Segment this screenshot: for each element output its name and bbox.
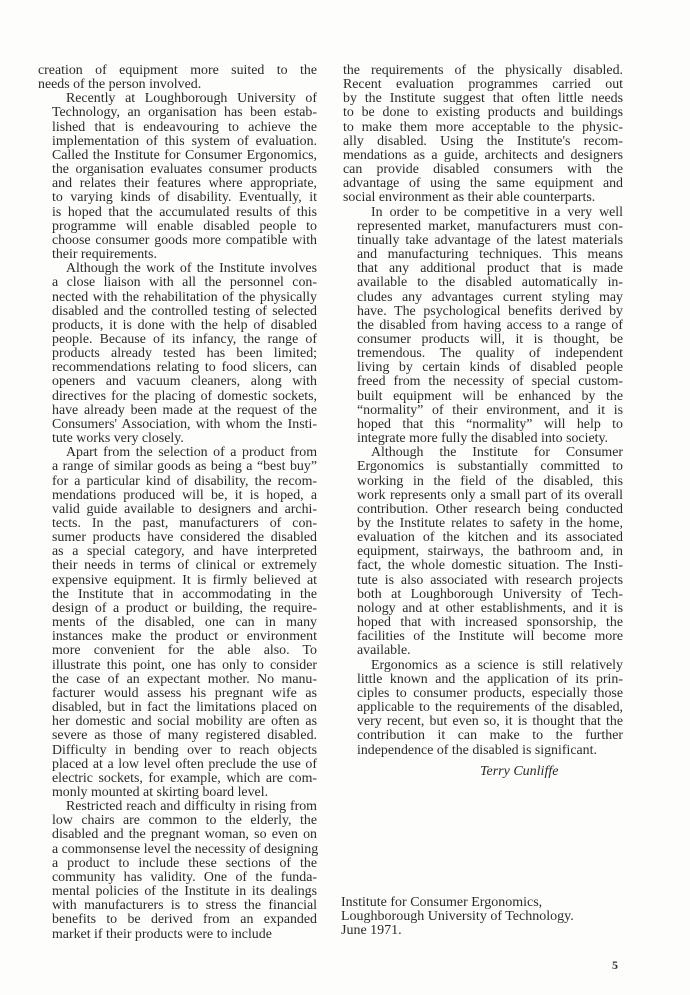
text-line: implementation of this system of evaluat…	[38, 135, 317, 149]
document-page: creation of equipment more suited to the…	[0, 0, 690, 995]
text-line: needs of the person involved.	[38, 78, 317, 92]
text-line: nology and at other establishments, and …	[343, 602, 623, 616]
text-line: tute is also associated with research pr…	[343, 574, 623, 588]
text-line: little known and the application of its …	[343, 673, 623, 687]
text-line: with manufacturers is to stress the fina…	[38, 899, 317, 913]
text-line: disabled and the controlled testing of s…	[38, 305, 317, 319]
text-line: instances make the product or environmen…	[38, 630, 317, 644]
text-line: by the Institute relates to safety in th…	[343, 517, 623, 531]
text-line: Although the work of the Institute invol…	[38, 262, 317, 276]
text-line: the case of an expectant mother. No manu…	[38, 673, 317, 687]
text-line: applicable to the requirements of the di…	[343, 701, 623, 715]
text-line: facturer would assess his pregnant wife …	[38, 687, 317, 701]
text-line: the requirements of the physically disab…	[343, 64, 623, 78]
text-line: the Institute that in accommodating in t…	[38, 588, 317, 602]
text-line: Recent evaluation programmes carried out	[343, 78, 623, 92]
text-line: have. The psychological benefits derived…	[343, 305, 623, 319]
text-line: lished that is endeavouring to achieve t…	[38, 121, 317, 135]
text-line: mental policies of the Institute in its …	[38, 885, 317, 899]
text-line: consumer products will, it is thought, b…	[343, 333, 623, 347]
paragraph: Apart from the selection of a product fr…	[38, 446, 317, 800]
text-line: to varying kinds of disability. Eventual…	[38, 191, 317, 205]
paragraph: Restricted reach and difficulty in risin…	[38, 800, 317, 942]
address-block: Institute for Consumer Ergonomics, Lough…	[341, 896, 574, 939]
text-line: placed at a low level often preclude the…	[38, 758, 317, 772]
text-line: both at Loughborough University of Tech-	[343, 588, 623, 602]
text-line: to make them more acceptable to the phys…	[343, 121, 623, 135]
text-line: people. Because of its infancy, the rang…	[38, 333, 317, 347]
text-line: design of a product or building, the req…	[38, 602, 317, 616]
text-line: evaluation of the kitchen and its associ…	[343, 531, 623, 545]
text-line: the organisation evaluates consumer prod…	[38, 163, 317, 177]
text-line: directives for the placing of domestic s…	[38, 390, 317, 404]
text-line: disabled and the pregnant woman, so even…	[38, 828, 317, 842]
text-line: Difficulty in bending over to reach obje…	[38, 744, 317, 758]
paragraph: creation of equipment more suited to the…	[38, 64, 317, 92]
text-line: the disabled from having access to a ran…	[343, 319, 623, 333]
text-line: mendations produced will be, it is hoped…	[38, 489, 317, 503]
text-line: Apart from the selection of a product fr…	[38, 446, 317, 460]
page-number: 5	[612, 958, 618, 973]
text-line: expensive equipment. It is firmly believ…	[38, 574, 317, 588]
text-line: social environment as their able counter…	[343, 191, 623, 205]
text-line: “normality” of their environment, and it…	[343, 404, 623, 418]
text-line: built equipment will be enhanced by the	[343, 390, 623, 404]
text-line: integrate more fully the disabled into s…	[343, 432, 623, 446]
text-line: have already been made at the request of…	[38, 404, 317, 418]
text-line: work represents only a small part of its…	[343, 489, 623, 503]
text-line: tects. In the past, manufacturers of con…	[38, 517, 317, 531]
text-line: ments of the disabled, one can in many	[38, 616, 317, 630]
text-line: low chairs are common to the elderly, th…	[38, 814, 317, 828]
text-line: severe as those of many registered disab…	[38, 729, 317, 743]
text-line: to be done to existing products and buil…	[343, 106, 623, 120]
text-line: tinually take advantage of the latest ma…	[343, 234, 623, 248]
text-line: hoped that this “normality” will help to	[343, 418, 623, 432]
text-line: fact, the whole domestic situation. The …	[343, 559, 623, 573]
text-line: contribution it can make to the further	[343, 729, 623, 743]
paragraph: the requirements of the physically disab…	[343, 64, 623, 206]
text-line: In order to be competitive in a very wel…	[343, 206, 623, 220]
text-line: sumer products have considered the disab…	[38, 531, 317, 545]
text-line: tute works very closely.	[38, 432, 317, 446]
address-line: Loughborough University of Technology.	[341, 910, 574, 924]
paragraph: Recently at Loughborough University ofTe…	[38, 92, 317, 262]
text-line: cludes any advantages current styling ma…	[343, 291, 623, 305]
text-line: Although the Institute for Consumer	[343, 446, 623, 460]
text-line: and manufacturing techniques. This means	[343, 248, 623, 262]
text-line: products already tested has been limited…	[38, 347, 317, 361]
text-line: is hoped that the accumulated results of…	[38, 206, 317, 220]
paragraph: In order to be competitive in a very wel…	[343, 206, 623, 447]
text-line: nected with the rehabilitation of the ph…	[38, 291, 317, 305]
text-line: benefits to be derived from an expanded	[38, 913, 317, 927]
text-line: can provide disabled consumers with the	[343, 163, 623, 177]
text-line: represented market, manufacturers must c…	[343, 220, 623, 234]
text-line: products, it is done with the help of di…	[38, 319, 317, 333]
text-line: Consumers' Association, with whom the In…	[38, 418, 317, 432]
text-line: monly mounted at skirting board level.	[38, 786, 317, 800]
text-line: available.	[343, 644, 623, 658]
paragraph: Although the Institute for ConsumerErgon…	[343, 446, 623, 658]
text-line: openers and vacuum cleaners, along with	[38, 375, 317, 389]
text-line: very recent, but even so, it is thought …	[343, 715, 623, 729]
text-line: advantage of using the same equipment an…	[343, 177, 623, 191]
text-line: contribution. Other research being condu…	[343, 503, 623, 517]
text-line: mendations as a guide, architects and de…	[343, 149, 623, 163]
text-line: programme will enable disabled people to	[38, 220, 317, 234]
text-line: hoped that with increased sponsorship, t…	[343, 616, 623, 630]
text-line: working in the field of the disabled, th…	[343, 475, 623, 489]
text-line: illustrate this point, one has only to c…	[38, 659, 317, 673]
text-line: more convenient for the able also. To	[38, 644, 317, 658]
text-line: Ergonomics is substantially committed to	[343, 460, 623, 474]
text-line: electric sockets, for example, which are…	[38, 772, 317, 786]
text-line: independence of the disabled is signific…	[343, 744, 623, 758]
left-column: creation of equipment more suited to the…	[38, 64, 317, 942]
text-line: disabled, but in fact the limitations pl…	[38, 701, 317, 715]
author-signature: Terry Cunliffe	[480, 764, 558, 780]
text-line: and relates their features where appropr…	[38, 177, 317, 191]
text-line: a product to include these sections of t…	[38, 857, 317, 871]
text-line: their requirements.	[38, 248, 317, 262]
text-line: a close liaison with all the personnel c…	[38, 276, 317, 290]
text-line: ally disabled. Using the Institute's rec…	[343, 135, 623, 149]
text-line: recommendations relating to food slicers…	[38, 361, 317, 375]
address-line: Institute for Consumer Ergonomics,	[341, 896, 574, 910]
text-line: creation of equipment more suited to the	[38, 64, 317, 78]
text-line: Called the Institute for Consumer Ergono…	[38, 149, 317, 163]
text-line: a commonsense level the necessity of des…	[38, 843, 317, 857]
text-line: for a particular kind of disability, the…	[38, 475, 317, 489]
text-line: valid guide available to designers and a…	[38, 503, 317, 517]
text-line: freed from the necessity of special cust…	[343, 375, 623, 389]
text-line: available to the disabled automatically …	[343, 276, 623, 290]
text-line: Technology, an organisation has been est…	[38, 106, 317, 120]
address-line: June 1971.	[341, 924, 574, 938]
text-line: Recently at Loughborough University of	[38, 92, 317, 106]
text-line: choose consumer goods more compatible wi…	[38, 234, 317, 248]
right-column: the requirements of the physically disab…	[343, 64, 623, 758]
text-line: as a special category, and have interpre…	[38, 545, 317, 559]
text-line: living by certain kinds of disabled peop…	[343, 361, 623, 375]
paragraph: Ergonomics as a science is still relativ…	[343, 659, 623, 758]
text-line: by the Institute suggest that often litt…	[343, 92, 623, 106]
text-line: market if their products were to include	[38, 928, 317, 942]
text-line: tremendous. The quality of independent	[343, 347, 623, 361]
text-line: facilities of the Institute will become …	[343, 630, 623, 644]
text-line: Ergonomics as a science is still relativ…	[343, 659, 623, 673]
text-line: their needs in terms of clinical or extr…	[38, 559, 317, 573]
text-line: a range of similar goods as being a “bes…	[38, 460, 317, 474]
text-line: ciples to consumer products, especially …	[343, 687, 623, 701]
text-line: that any additional product that is made	[343, 262, 623, 276]
text-line: community has validity. One of the funda…	[38, 871, 317, 885]
paragraph: Although the work of the Institute invol…	[38, 262, 317, 446]
text-line: equipment, stairways, the bathroom and, …	[343, 545, 623, 559]
text-line: her domestic and social mobility are oft…	[38, 715, 317, 729]
text-line: Restricted reach and difficulty in risin…	[38, 800, 317, 814]
